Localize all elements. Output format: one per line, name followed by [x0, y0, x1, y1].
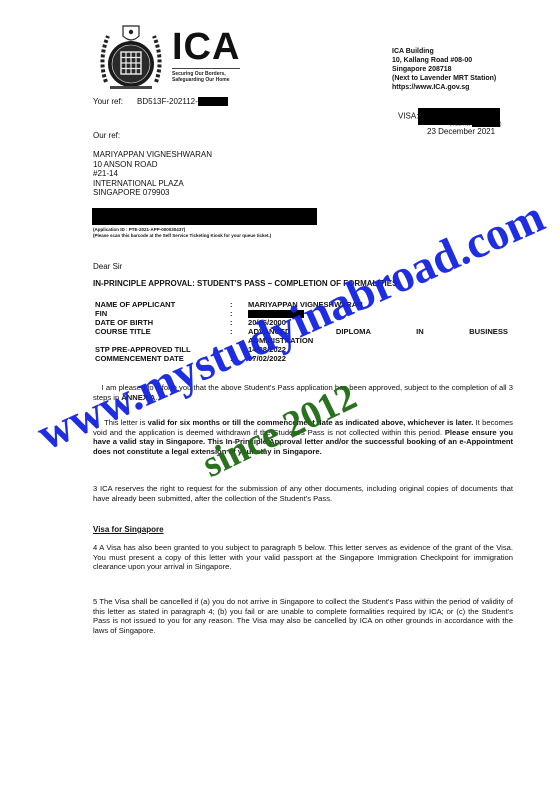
your-ref-value: BD513F-202112-	[137, 97, 198, 106]
address-line: (Next to Lavender MRT Station)	[392, 74, 496, 83]
application-info: (Application ID : PTE-2021-APP-000030437…	[93, 227, 271, 239]
recipient-line: SINGAPORE 079903	[93, 188, 212, 198]
recipient-address: MARIYAPPAN VIGNESHWARAN 10 ANSON ROAD #2…	[93, 150, 212, 198]
sender-address: ICA Building 10, Kallang Road #08-00 Sin…	[392, 47, 496, 92]
ica-crest-logo	[96, 22, 166, 94]
paragraph-3: 3 ICA reserves the right to request for …	[93, 484, 513, 503]
barcode-instruction: (Please scan this barcode at the Self Se…	[93, 233, 271, 239]
visa-label: VISA:	[398, 112, 418, 121]
our-ref-label: Our ref:	[93, 131, 120, 140]
letter-date: 23 December 2021	[427, 127, 495, 136]
address-line: Singapore 208718	[392, 65, 496, 74]
redacted-barcode	[92, 208, 317, 225]
your-ref-label: Your ref:	[93, 97, 137, 106]
visa-section-heading: Visa for Singapore	[93, 525, 164, 534]
logo-divider	[172, 68, 240, 69]
tagline-line-2: Safeguarding Our Home	[172, 77, 230, 83]
paragraph-4: 4 A Visa has also been granted to you su…	[93, 543, 513, 572]
recipient-line: 10 ANSON ROAD	[93, 160, 212, 170]
org-tagline: Securing Our Borders, Safeguarding Our H…	[172, 71, 230, 83]
your-ref: Your ref:BD513F-202112-	[93, 97, 228, 106]
website-link: https://www.ICA.gov.sg	[392, 83, 496, 92]
paragraph-5: 5 The Visa shall be cancelled if (a) you…	[93, 597, 513, 635]
recipient-line: #21-14	[93, 169, 212, 179]
address-line: ICA Building	[392, 47, 496, 56]
salutation: Dear Sir	[93, 262, 122, 271]
recipient-line: INTERNATIONAL PLAZA	[93, 179, 212, 189]
org-name: ICA	[172, 28, 240, 66]
recipient-name: MARIYAPPAN VIGNESHWARAN	[93, 150, 212, 160]
address-line: 10, Kallang Road #08-00	[392, 56, 496, 65]
ica-crest-icon	[96, 22, 166, 94]
redacted-block	[198, 97, 228, 106]
